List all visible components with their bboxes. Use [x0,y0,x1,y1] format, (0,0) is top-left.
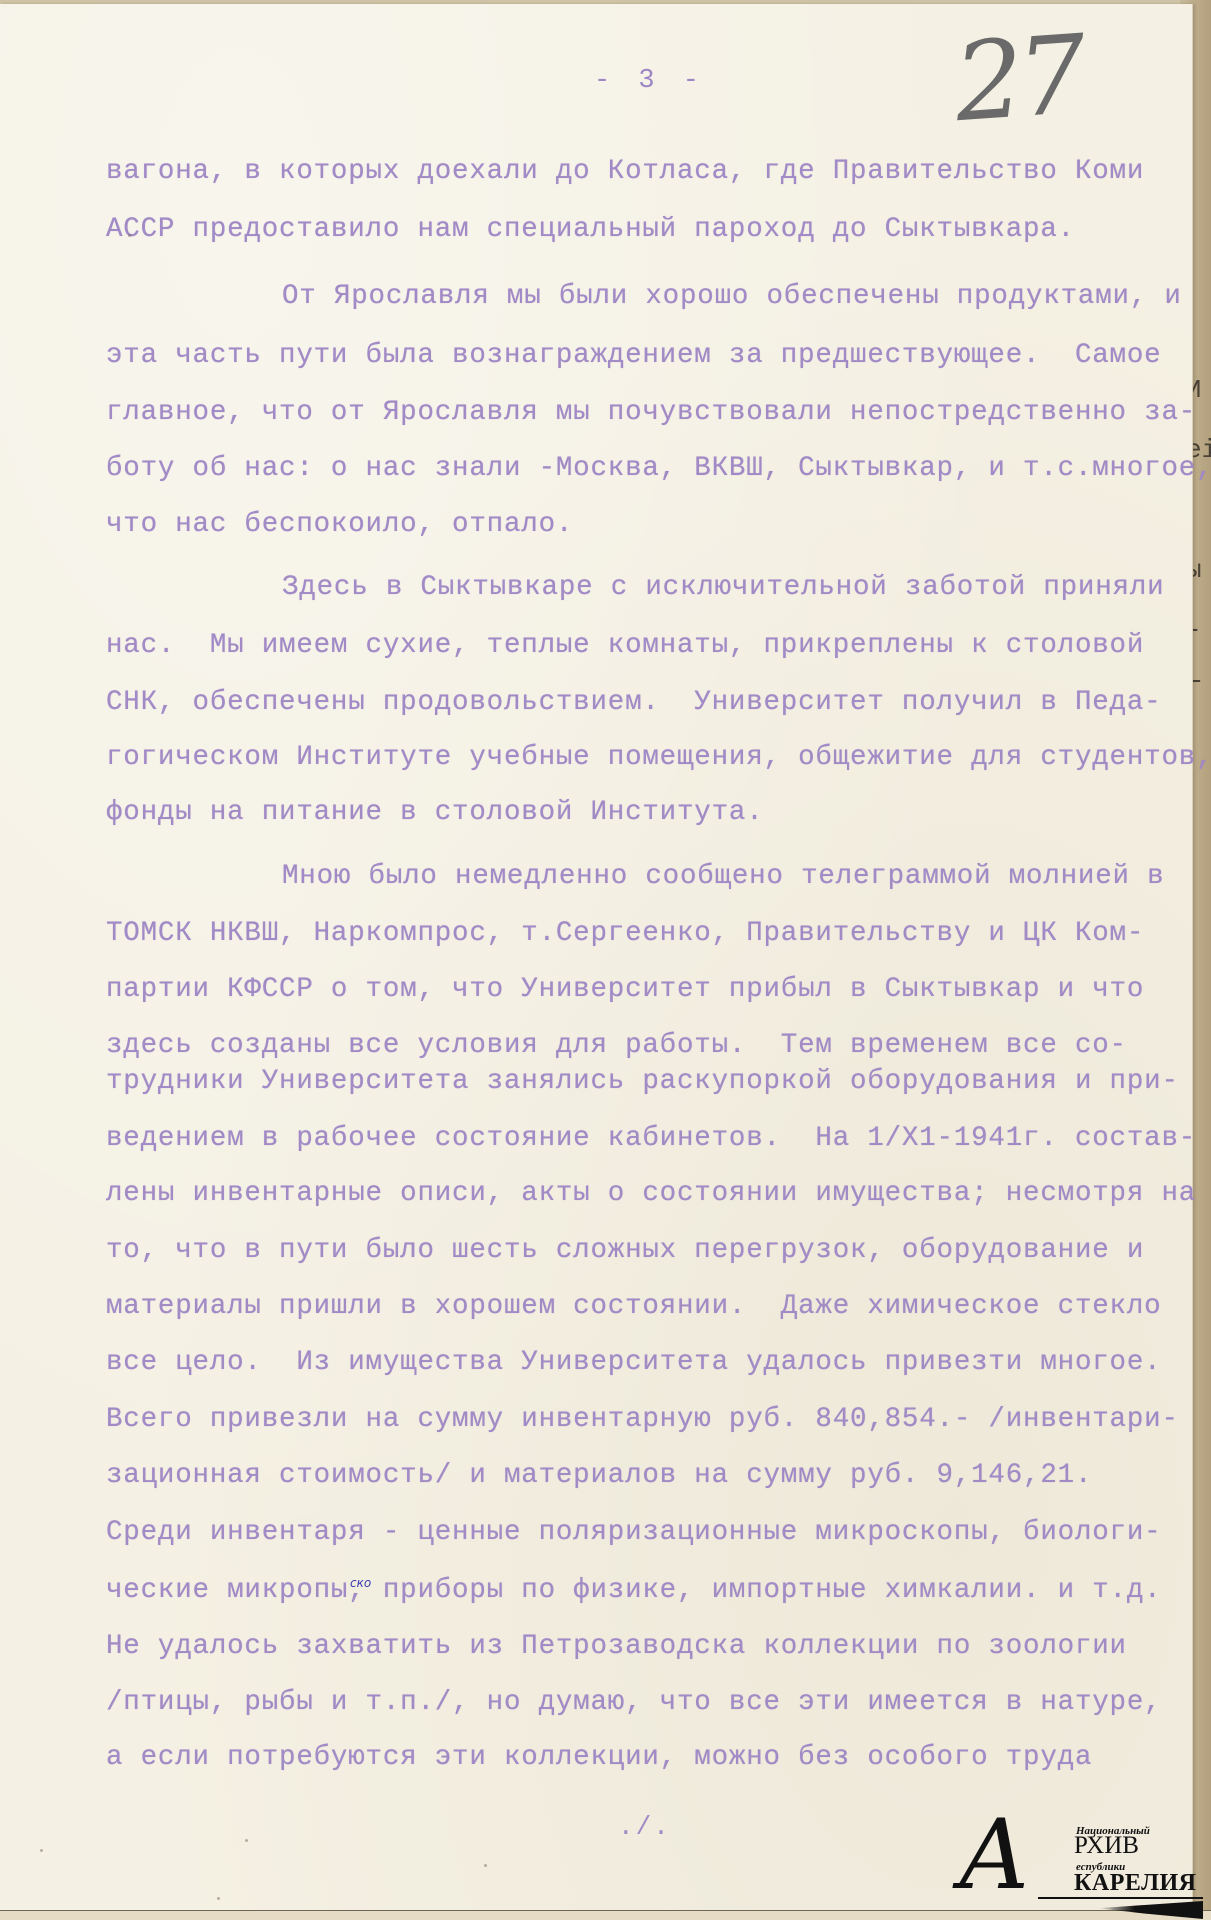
text-line: Всего привезли на сумму инвентарную руб.… [106,1404,1179,1435]
paper-speck [484,1864,487,1867]
text-line: гогическом Институте учебные помещения, … [106,742,1211,773]
paper-speck [217,1897,220,1900]
text-line: материалы пришли в хорошем состоянии. Да… [106,1291,1161,1322]
paper-speck [40,1849,43,1852]
text-line: главное, что от Ярославля мы почувствова… [106,397,1196,428]
continuation-mark: ./. [618,1812,671,1842]
text-line: АССР предоставило нам специальный парохо… [106,214,1075,245]
text-line: ведением в рабочее состояние кабинетов. … [106,1123,1196,1154]
text-line: Не удалось захватить из Петрозаводска ко… [106,1631,1127,1662]
logo-archive-label: РХИВ [1074,1833,1139,1858]
paper-speck [245,1839,248,1842]
text-line: все цело. Из имущества Университета удал… [106,1347,1161,1378]
text-line: фонды на питание в столовой Института. [106,797,764,828]
text-line: вагона, в которых доехали до Котласа, гд… [106,156,1144,187]
text-line: трудники Университета занялись раскупорк… [106,1066,1179,1097]
text-line: зационная стоимость/ и материалов на сум… [106,1460,1092,1491]
document-page: - 3 - 27 вагона, в которых доехали до Ко… [0,4,1193,1912]
text-line: нас. Мы имеем сухие, теплые комнаты, при… [106,630,1144,661]
paragraph-start-line: Мною было немедленно сообщено телеграммо… [282,861,1164,892]
quill-icon [1098,1901,1203,1919]
typewritten-body: вагона, в которых доехали до Котласа, гд… [0,4,1192,1910]
archive-watermark-logo: А Национальный РХИВ еспублики КАРЕЛИЯ [958,1815,1208,1920]
text-line: боту об нас: о нас знали -Москва, ВКВШ, … [106,453,1211,484]
text-line: здесь созданы все условия для работы. Те… [106,1030,1127,1061]
text-line: а если потребуются эти коллекции, можно … [106,1742,1092,1773]
text-line: СНК, обеспечены продовольствием. Универс… [106,687,1161,718]
paragraph-start-line: Здесь в Сыктывкаре с исключительной забо… [282,572,1164,603]
text-line: то, что в пути было шесть сложных перегр… [106,1235,1144,1266]
text-line: что нас беспокоило, отпало. [106,509,573,540]
paragraph-start-line: От Ярославля мы были хорошо обеспечены п… [282,281,1182,312]
text-line: ческие микропы, приборы по физике, импор… [106,1575,1161,1606]
text-line: /птицы, рыбы и т.п./, но думаю, что все … [106,1687,1161,1718]
logo-karelia-label: КАРЕЛИЯ [1074,1871,1196,1895]
text-line: партии КФССР о том, что Университет приб… [106,974,1144,1005]
handwritten-correction-sko: ско [350,1576,371,1590]
text-line: ТОМСК НКВШ, Наркомпрос, т.Сергеенко, Пра… [106,918,1144,949]
logo-underline [1038,1897,1203,1899]
paper-speck [128,234,131,237]
text-line: Среди инвентаря - ценные поляризационные… [106,1517,1161,1548]
text-line: лены инвентарные описи, акты о состоянии… [106,1178,1196,1209]
archive-monogram: А [958,1807,1031,1903]
text-line: эта часть пути была вознаграждением за п… [106,340,1161,371]
